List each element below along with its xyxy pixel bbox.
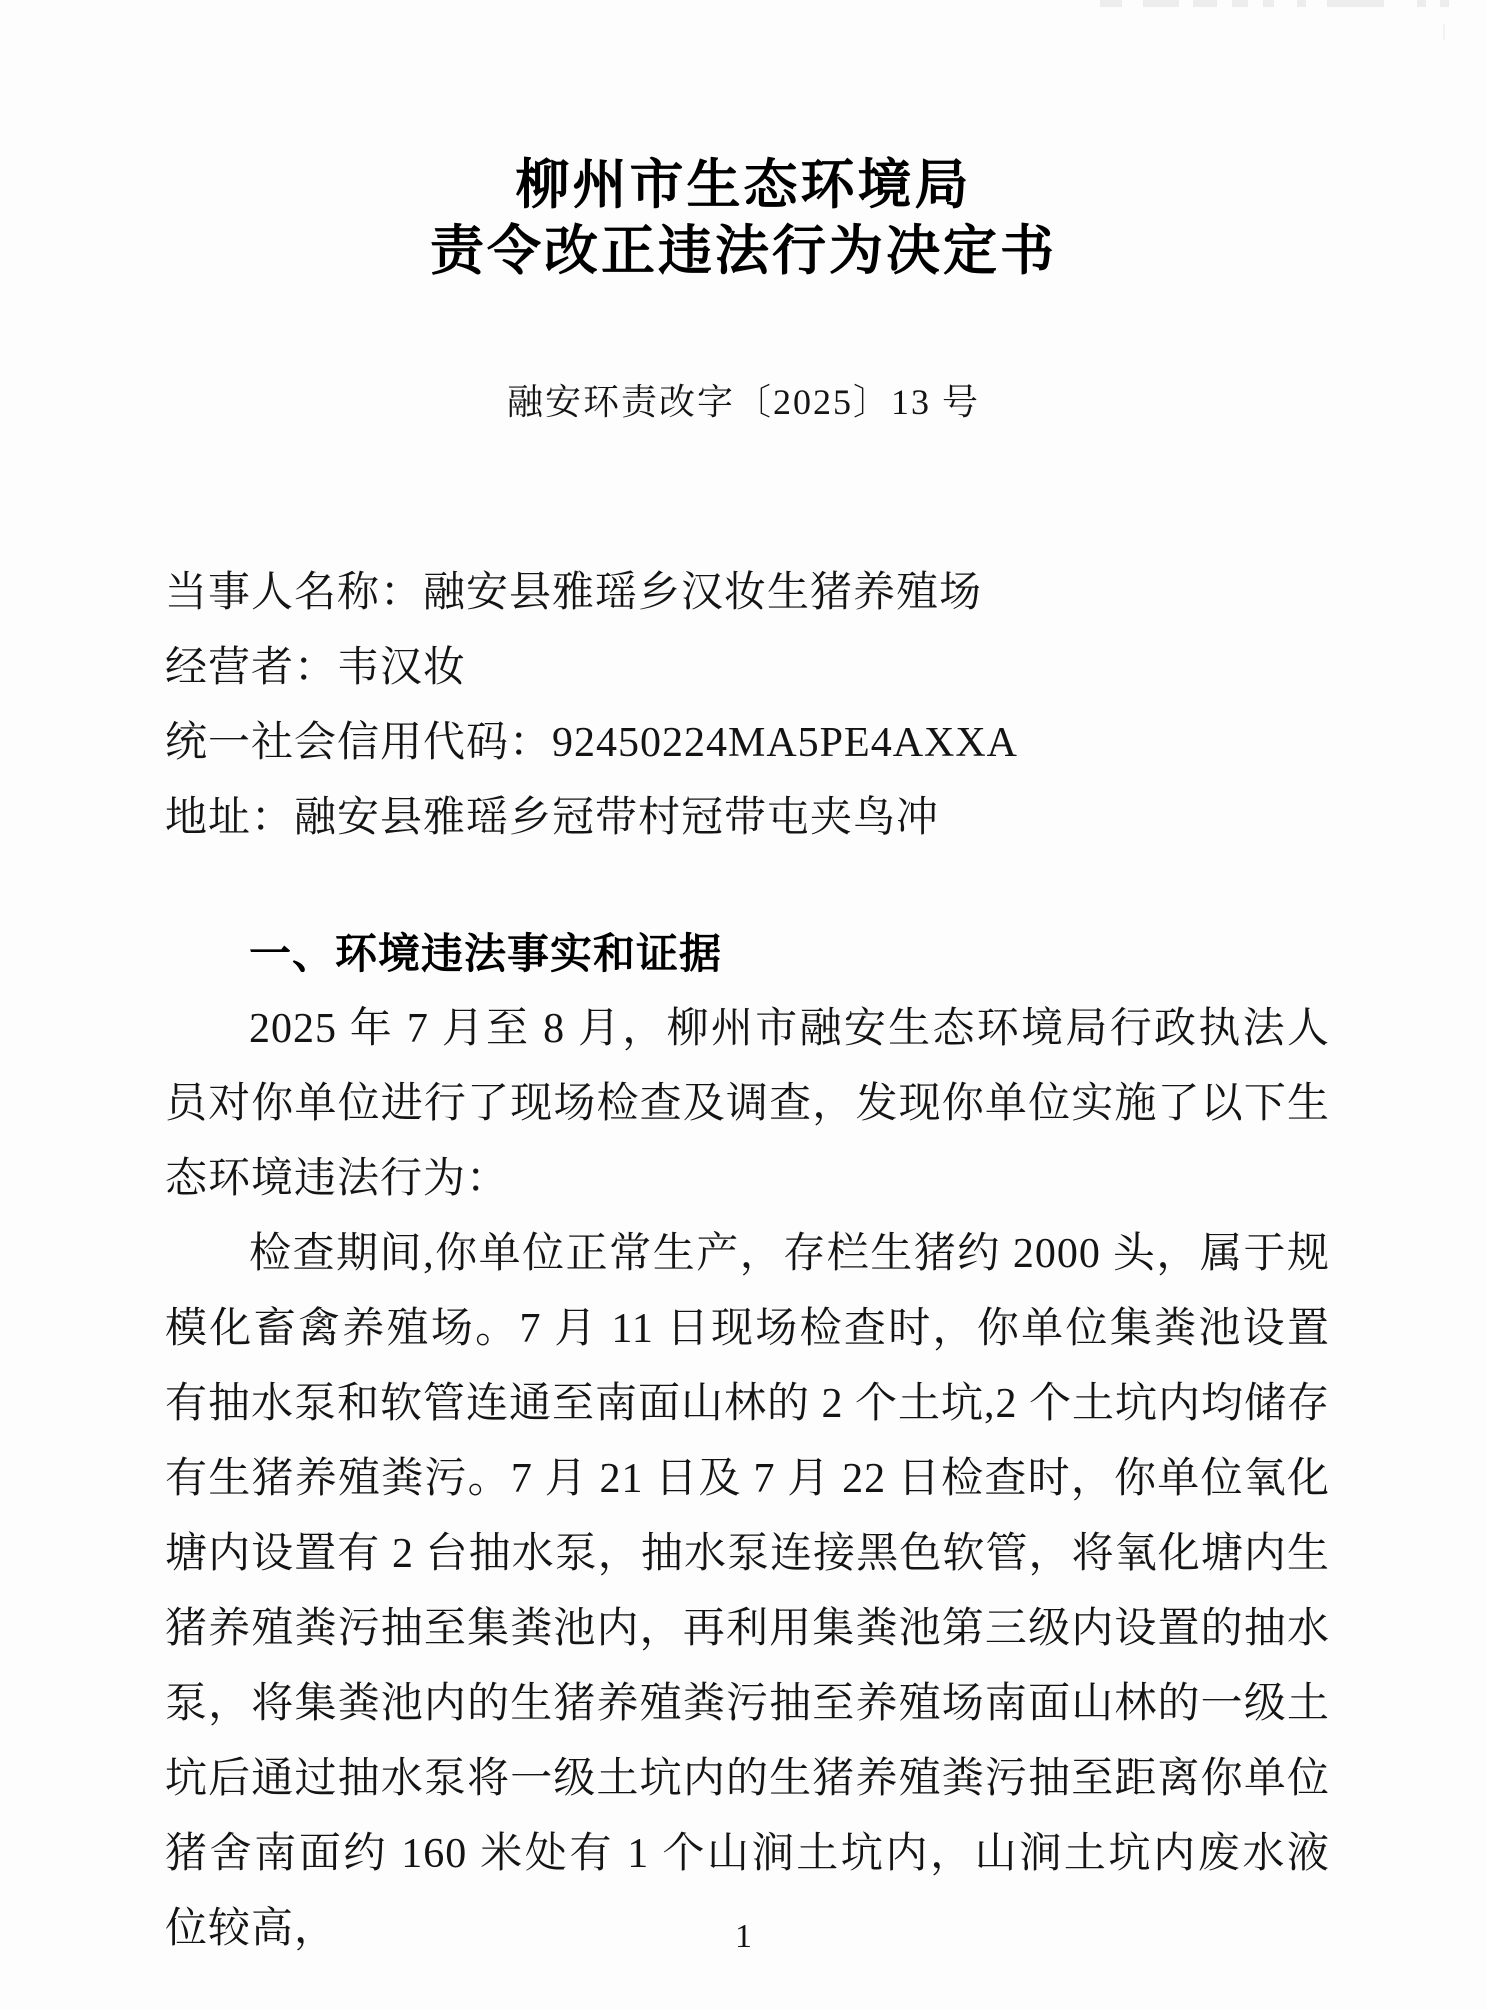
body-paragraph-2: 检查期间,你单位正常生产，存栏生猪约 2000 头，属于规模化畜禽养殖场。7 月… [165, 1217, 1330, 1967]
scan-artifact [1100, 0, 1122, 7]
page-number: 1 [0, 1916, 1487, 1958]
document-number: 融安环责改字〔2025〕13 号 [0, 380, 1487, 424]
section-1-heading: 一、环境违法事实和证据 [165, 916, 1330, 992]
scan-artifact [1440, 0, 1449, 7]
scan-artifact [1327, 0, 1384, 7]
credit-code-line: 统一社会信用代码：92450224MA5PE4AXXA [165, 706, 1330, 781]
scan-artifact [1143, 0, 1179, 7]
title-line-2: 责令改正违法行为决定书 [0, 218, 1487, 284]
scan-artifact [1263, 0, 1274, 7]
scan-artifact [1417, 0, 1426, 7]
party-info-block: 当事人名称：融安县雅瑶乡汉妆生猪养殖场 经营者：韦汉妆 统一社会信用代码：924… [165, 556, 1330, 856]
scan-artifact [1193, 0, 1217, 7]
scan-artifact [1443, 24, 1445, 40]
address-line: 地址：融安县雅瑶乡冠带村冠带屯夹鸟冲 [165, 781, 1330, 856]
document-page: 柳州市生态环境局 责令改正违法行为决定书 融安环责改字〔2025〕13 号 当事… [0, 0, 1487, 2010]
scan-artifact [1232, 0, 1248, 7]
title-line-1: 柳州市生态环境局 [0, 152, 1487, 218]
body-paragraph-1: 2025 年 7 月至 8 月，柳州市融安生态环境局行政执法人员对你单位进行了现… [165, 992, 1330, 1217]
scan-artifact [1297, 0, 1306, 7]
operator-line: 经营者：韦汉妆 [165, 631, 1330, 706]
document-title: 柳州市生态环境局 责令改正违法行为决定书 [0, 0, 1487, 284]
party-name-line: 当事人名称：融安县雅瑶乡汉妆生猪养殖场 [165, 556, 1330, 631]
